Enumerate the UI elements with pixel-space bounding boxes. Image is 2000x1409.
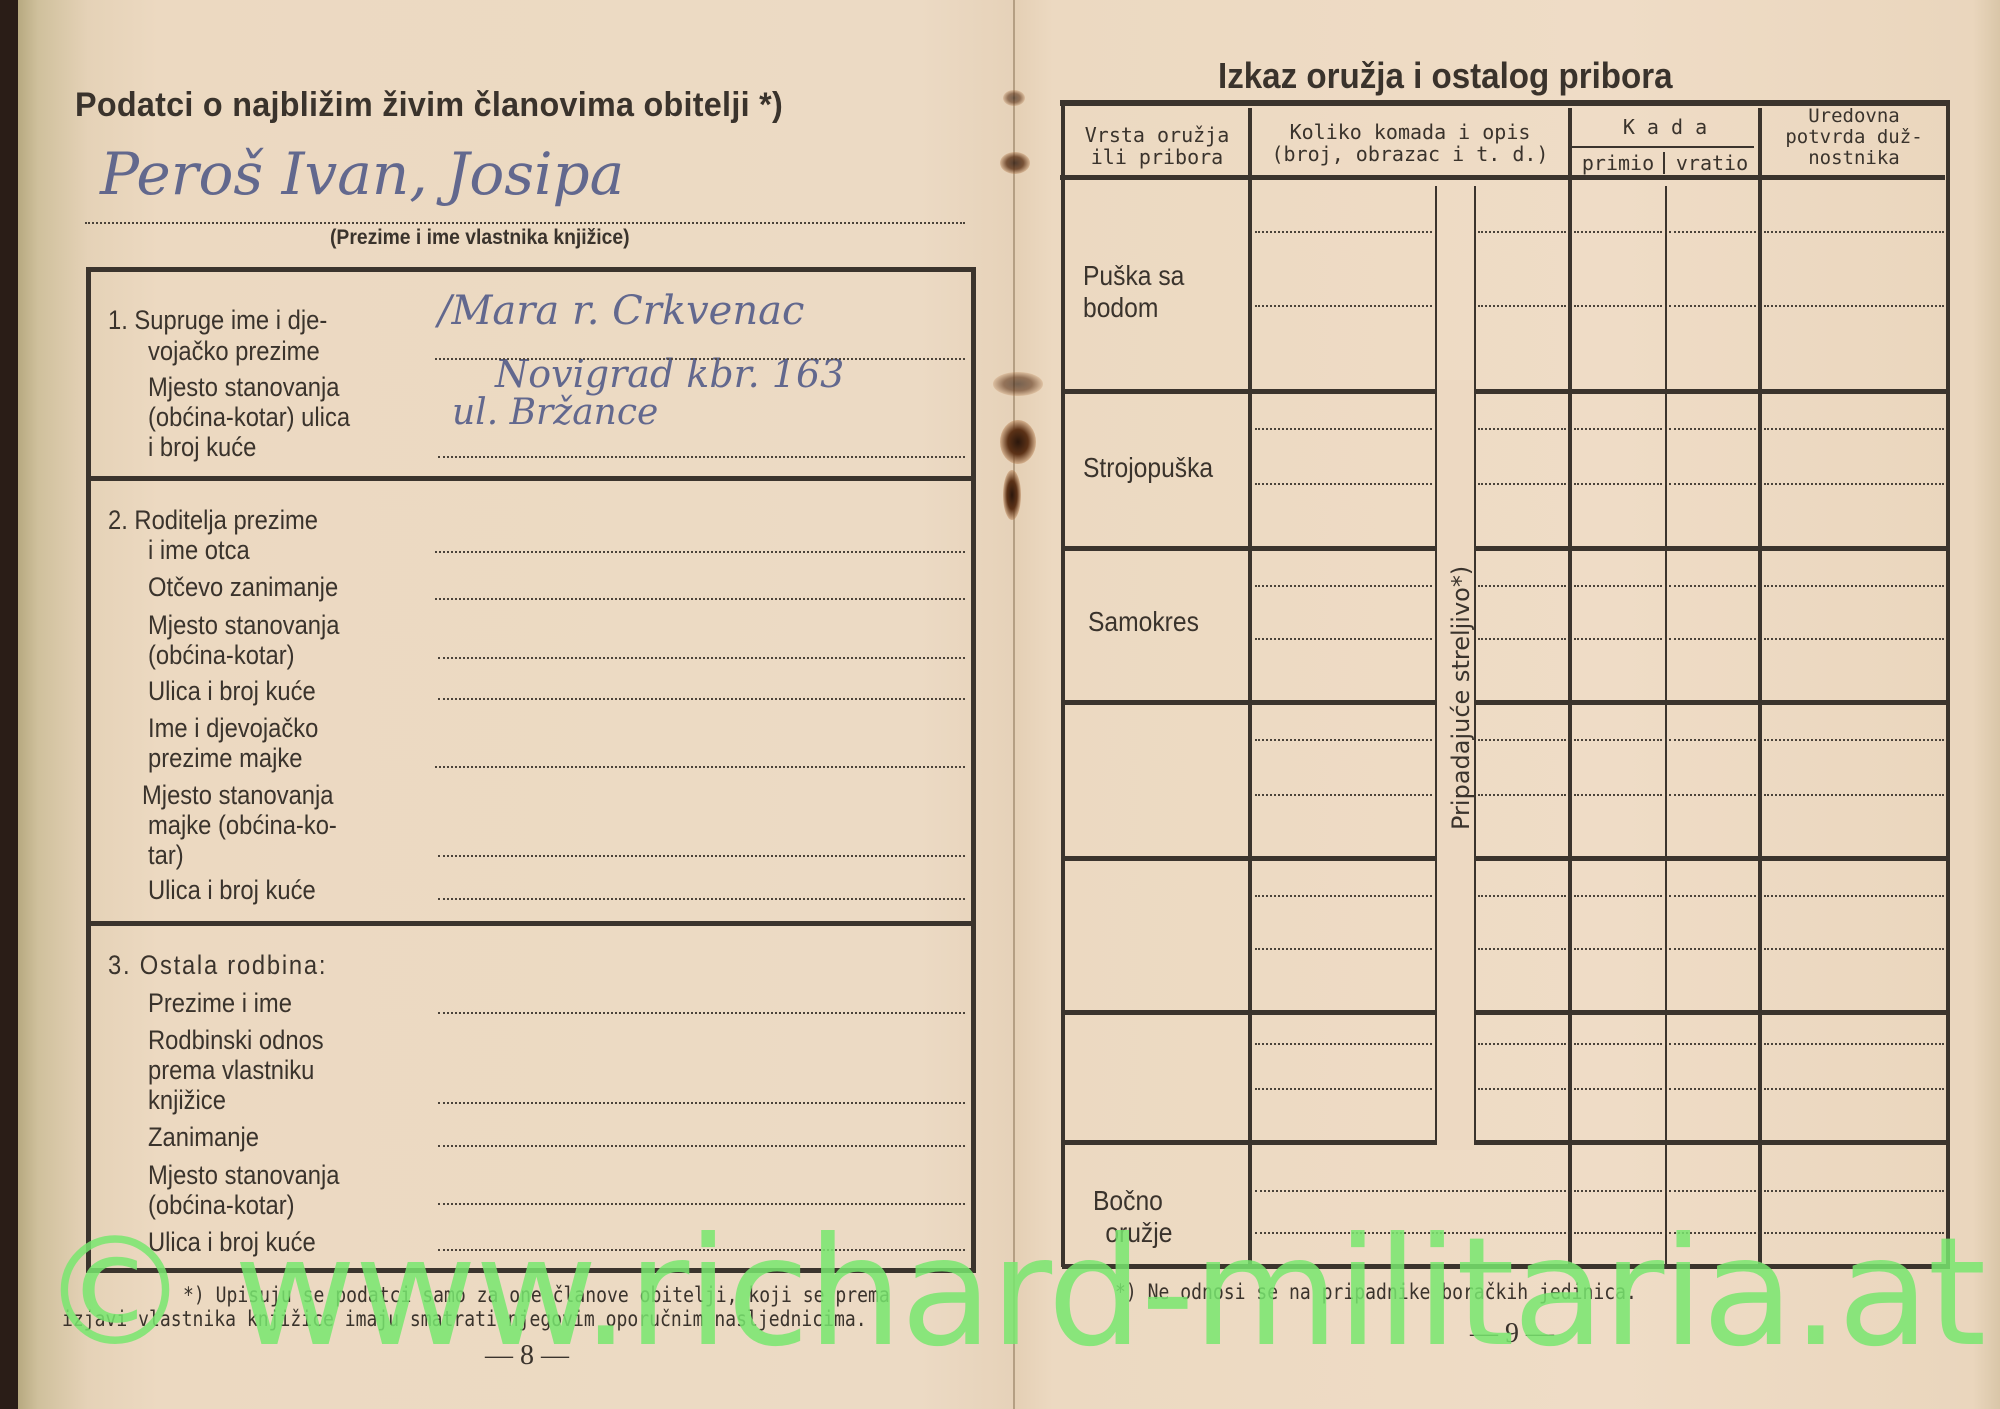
mother-street-field[interactable] (438, 898, 965, 900)
weapon-entry-field[interactable] (1574, 585, 1662, 587)
section2-line: i ime otca (148, 535, 250, 565)
section2-line: Otčevo zanimanje (148, 572, 338, 602)
spouse-address-field[interactable] (438, 456, 965, 458)
table-right-border (1946, 103, 1950, 1267)
spine-hole (1000, 420, 1036, 464)
weapon-entry-field[interactable] (1669, 305, 1756, 307)
weapon-entry-field[interactable] (1574, 483, 1662, 485)
weapon-entry-field[interactable] (1478, 1088, 1566, 1090)
section1-heading: 1. Supruge ime i dje- (108, 305, 327, 335)
weapon-entry-field[interactable] (1574, 895, 1662, 897)
weapon-entry-field[interactable] (1255, 1043, 1432, 1045)
header-type-line: Vrsta oružja (1068, 124, 1246, 146)
relative-relation-field[interactable] (438, 1102, 965, 1104)
right-footnote: *) Ne odnosi se na pripadnike boračkih j… (1115, 1280, 1637, 1304)
kada-subdivider (1665, 186, 1667, 1266)
section3-line: Zanimanje (148, 1122, 259, 1152)
section2-line: majke (obćina-ko- (148, 810, 337, 840)
weapon-entry-field[interactable] (1574, 1232, 1662, 1234)
weapon-entry-field[interactable] (1669, 895, 1756, 897)
weapon-entry-field[interactable] (1764, 305, 1944, 307)
weapon-entry-field[interactable] (1478, 483, 1566, 485)
header-count-line: Koliko komada i opis (1254, 121, 1566, 143)
parents-residence-field[interactable] (438, 657, 965, 659)
weapon-entry-field[interactable] (1669, 794, 1756, 796)
section2-line: Ulica i broj kuće (148, 875, 316, 905)
weapon-entry-field[interactable] (1764, 585, 1944, 587)
header-count-line: (broj, obrazac i t. d.) (1254, 143, 1566, 165)
relative-street-field[interactable] (438, 1249, 965, 1251)
section3-line: (obćina-kotar) (148, 1190, 295, 1220)
weapon-entry-field[interactable] (1669, 585, 1756, 587)
page-number-9: — 9 — (1470, 1318, 1554, 1350)
weapon-entry-field[interactable] (1255, 585, 1432, 587)
row-separator (1063, 700, 1948, 705)
book-spine (1013, 0, 1015, 1409)
section3-heading: 3. Ostala rodbina: (108, 950, 327, 980)
weapon-entry-field[interactable] (1669, 1088, 1756, 1090)
weapon-entry-field[interactable] (1764, 231, 1944, 233)
weapon-entry-field[interactable] (1669, 428, 1756, 430)
section3-line: knjižice (148, 1085, 226, 1115)
weapon-entry-field[interactable] (1255, 739, 1432, 741)
row-label-rifle: Puška sabodom (1083, 260, 1184, 324)
section1-line: Mjesto stanovanja (148, 372, 340, 402)
section-divider (91, 476, 971, 481)
mother-residence-field[interactable] (438, 855, 965, 857)
table-left-border (1061, 103, 1065, 1267)
weapon-entry-field[interactable] (1764, 1088, 1944, 1090)
row-separator (1063, 546, 1948, 551)
spouse-name-field[interactable] (435, 358, 965, 360)
header-type: Vrsta oružjaili pribora (1068, 124, 1246, 168)
section1-line: vojačko prezime (148, 336, 320, 366)
section2-line: prezime majke (148, 743, 302, 773)
section3-line: Rodbinski odnos (148, 1025, 324, 1055)
weapon-entry-field[interactable] (1574, 739, 1662, 741)
section3-line: Ulica i broj kuće (148, 1227, 316, 1257)
weapon-entry-field[interactable] (1669, 739, 1756, 741)
header-confirmation-line: potvrda duž- (1762, 127, 1946, 148)
weapon-entry-field[interactable] (1669, 1190, 1756, 1192)
weapon-entry-field[interactable] (1255, 948, 1432, 950)
owner-name-handwritten: Peroš Ivan, Josipa (100, 140, 624, 208)
column-divider (1568, 108, 1572, 1265)
weapon-entry-field[interactable] (1478, 739, 1566, 741)
weapon-entry-field[interactable] (1574, 948, 1662, 950)
row-label-pistol: Samokres (1088, 606, 1199, 638)
row-label-line: Puška sa (1083, 260, 1184, 292)
weapon-entry-field[interactable] (1478, 585, 1566, 587)
weapon-entry-field[interactable] (1764, 948, 1944, 950)
row-label-machine-gun: Strojopuška (1083, 452, 1213, 484)
weapon-entry-field[interactable] (1574, 1190, 1662, 1192)
section3-line: Prezime i ime (148, 988, 292, 1018)
weapon-entry-field[interactable] (1764, 895, 1944, 897)
spine-hole (1003, 470, 1021, 520)
spine-stain (1000, 152, 1030, 174)
weapon-entry-field[interactable] (1764, 794, 1944, 796)
row-separator (1063, 389, 1948, 394)
row-label-line: Bočno (1093, 1185, 1172, 1217)
weapon-entry-field[interactable] (1478, 428, 1566, 430)
weapon-entry-field[interactable] (1669, 948, 1756, 950)
weapon-entry-field[interactable] (1255, 794, 1432, 796)
weapon-entry-field[interactable] (1255, 231, 1432, 233)
weapon-entry-field[interactable] (1255, 1190, 1566, 1192)
ammo-column-label: Pripadajuće streljivo*) (1447, 566, 1475, 830)
section2-line: Mjesto stanovanja (142, 780, 334, 810)
column-divider (1758, 108, 1762, 1265)
parents-street-field[interactable] (438, 698, 965, 700)
weapon-entry-field[interactable] (1255, 1088, 1432, 1090)
spine-stain (1003, 90, 1025, 106)
weapon-entry-field[interactable] (1478, 305, 1566, 307)
section-divider (91, 921, 971, 926)
father-occupation-field[interactable] (435, 598, 965, 600)
weapon-entry-field[interactable] (1478, 948, 1566, 950)
right-page-title: Izkaz oružja i ostalog pribora (1218, 55, 1673, 97)
weapon-entry-field[interactable] (1478, 1043, 1566, 1045)
weapon-entry-field[interactable] (1669, 638, 1756, 640)
relative-occupation-field[interactable] (438, 1145, 965, 1147)
relative-name-field[interactable] (438, 1012, 965, 1014)
section1-line: i broj kuće (148, 432, 256, 462)
section2-line: Mjesto stanovanja (148, 610, 340, 640)
owner-name-caption: (Prezime i ime vlastnika knjižice) (330, 226, 630, 250)
section2-line: tar) (148, 840, 184, 870)
section2-line: Ime i djevojačko (148, 713, 318, 743)
section2-line: (obćina-kotar) (148, 640, 295, 670)
kada-underline (1572, 146, 1754, 148)
weapon-entry-field[interactable] (1478, 638, 1566, 640)
weapon-entry-field[interactable] (1255, 305, 1432, 307)
weapon-entry-field[interactable] (1669, 231, 1756, 233)
weapon-entry-field[interactable] (1574, 794, 1662, 796)
table-header-bottom (1060, 175, 1945, 180)
header-count: Koliko komada i opis(broj, obrazac i t. … (1254, 121, 1566, 165)
weapon-entry-field[interactable] (1764, 428, 1944, 430)
section1-line: (obćina-kotar) ulica (148, 402, 350, 432)
weapon-entry-field[interactable] (1669, 1043, 1756, 1045)
weapon-entry-field[interactable] (1764, 483, 1944, 485)
weapon-entry-field[interactable] (1764, 638, 1944, 640)
weapon-entry-field[interactable] (1574, 1088, 1662, 1090)
weapon-entry-field[interactable] (1255, 638, 1432, 640)
relative-residence-field[interactable] (438, 1203, 965, 1205)
left-footnote-line2: izjavi vlastnika knjižice imaju smatrati… (62, 1307, 867, 1331)
row-separator (1063, 1010, 1948, 1015)
weapon-entry-field[interactable] (1478, 231, 1566, 233)
spouse-street-handwritten: ul. Bržance (452, 392, 658, 433)
weapon-entry-field[interactable] (1764, 1043, 1944, 1045)
left-page-title: Podatci o najbližim živim članovima obit… (75, 86, 783, 125)
father-name-field[interactable] (435, 551, 965, 553)
weapon-entry-field[interactable] (1478, 895, 1566, 897)
row-label-line: oružje (1093, 1217, 1172, 1249)
weapon-entry-field[interactable] (1574, 231, 1662, 233)
ammo-column-left (1435, 186, 1437, 1141)
header-when: K a d a (1572, 116, 1758, 138)
weapon-entry-field[interactable] (1764, 1232, 1944, 1234)
column-divider (1248, 108, 1252, 1265)
weapon-entry-field[interactable] (1669, 1232, 1756, 1234)
weapon-entry-field[interactable] (1764, 739, 1944, 741)
weapon-entry-field[interactable] (1255, 483, 1432, 485)
page-number-8: — 8 — (485, 1340, 569, 1372)
weapon-entry-field[interactable] (1478, 794, 1566, 796)
row-label-line: bodom (1083, 292, 1184, 324)
header-confirmation-line: nostnika (1762, 148, 1946, 169)
header-received: primio (1572, 152, 1664, 174)
owner-name-line (85, 222, 965, 224)
weapon-entry-field[interactable] (1574, 428, 1662, 430)
section2-line: Ulica i broj kuće (148, 676, 316, 706)
left-footnote-line1: *) Upisuju se podatci samo za one članov… (183, 1283, 890, 1307)
section2-heading: 2. Roditelja prezime (108, 505, 318, 535)
row-label-sidearm: Bočnooružje (1093, 1185, 1172, 1249)
mother-name-field[interactable] (435, 766, 965, 768)
header-confirmation-line: Uredovna (1762, 106, 1946, 127)
header-confirmation: Uredovnapotvrda duž-nostnika (1762, 106, 1946, 169)
weapon-entry-field[interactable] (1255, 1232, 1566, 1234)
section3-line: Mjesto stanovanja (148, 1160, 340, 1190)
header-type-line: ili pribora (1068, 146, 1246, 168)
header-returned: vratio (1666, 152, 1758, 174)
weapon-entry-field[interactable] (1574, 638, 1662, 640)
section3-line: prema vlastniku (148, 1055, 314, 1085)
row-separator (1063, 1140, 1948, 1145)
weapon-entry-field[interactable] (1764, 1190, 1944, 1192)
row-separator (1063, 856, 1948, 861)
weapon-entry-field[interactable] (1255, 895, 1432, 897)
weapon-entry-field[interactable] (1574, 1043, 1662, 1045)
spine-stain (993, 372, 1043, 396)
table-bottom-border (1062, 1264, 1950, 1269)
weapon-entry-field[interactable] (1669, 483, 1756, 485)
spouse-name-handwritten: /Mara r. Crkvenac (438, 288, 804, 334)
weapon-entry-field[interactable] (1255, 428, 1432, 430)
weapon-entry-field[interactable] (1574, 305, 1662, 307)
